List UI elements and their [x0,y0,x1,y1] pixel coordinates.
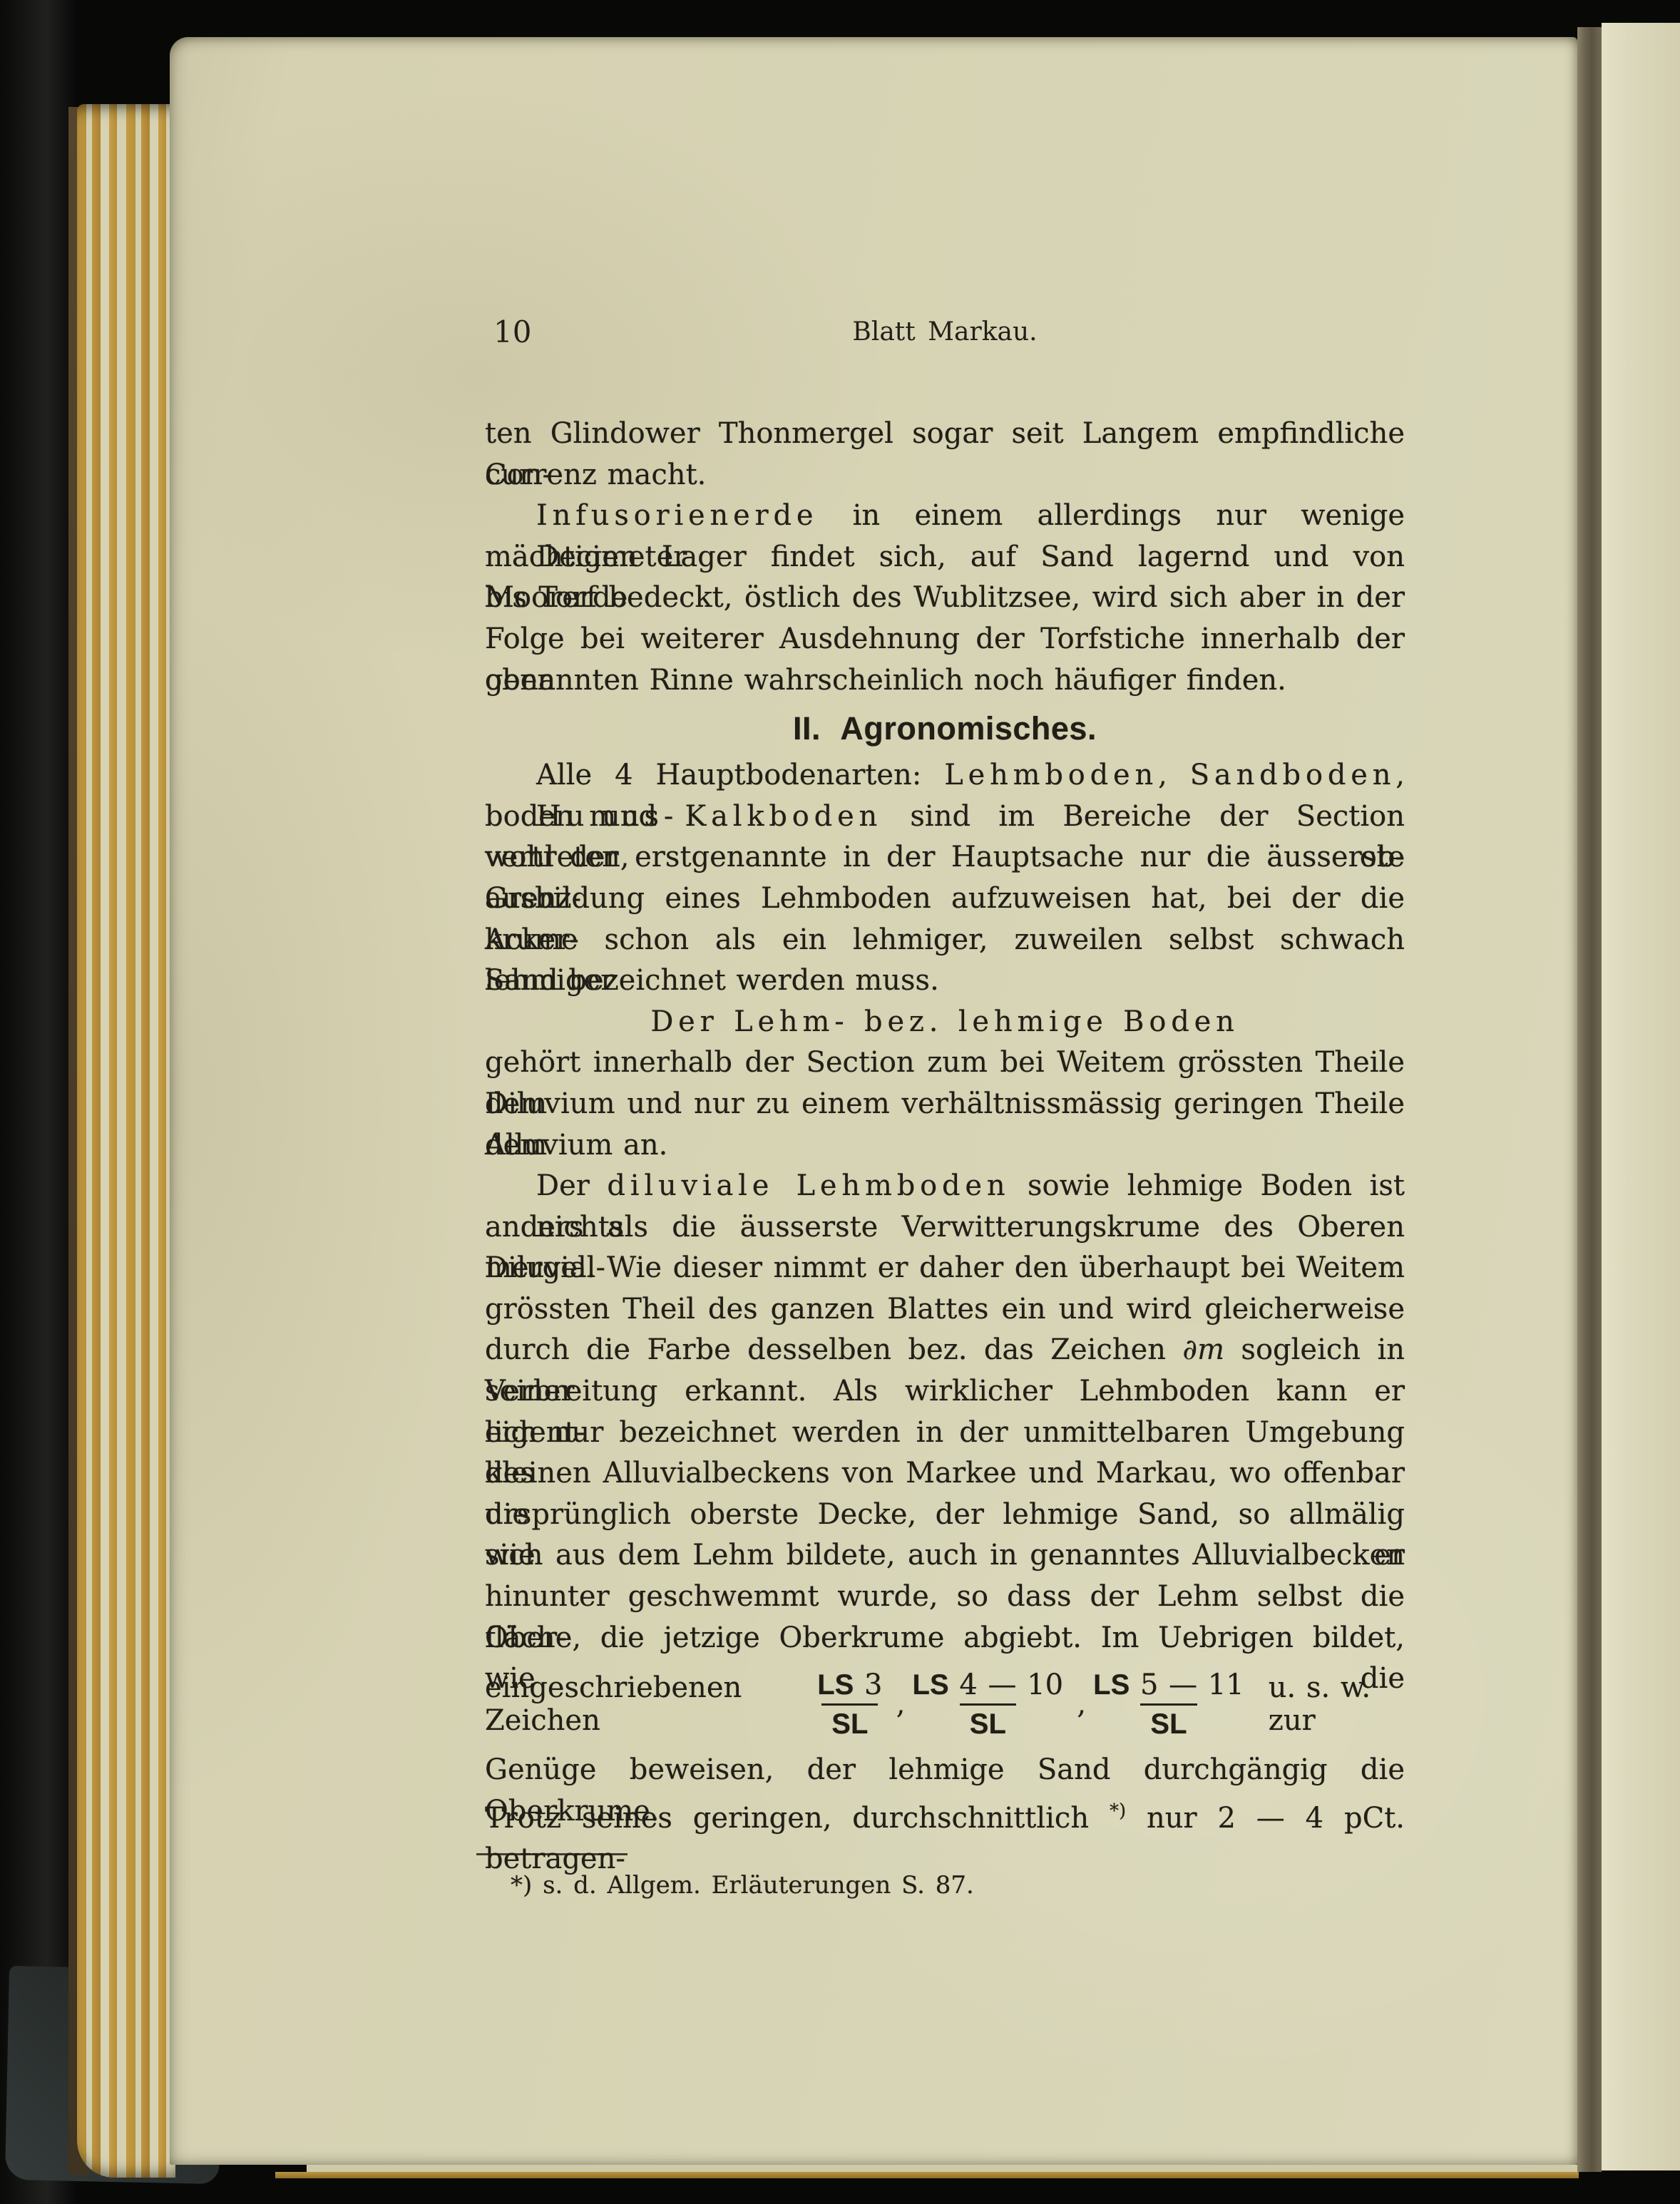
page-body: ten Glindower Thonmergel sogar seit Lang… [485,414,1405,1900]
text-line: genannten Rinne wahrscheinlich noch häuf… [485,660,1405,702]
text-line: Der Lehm- bez. lehmige Boden [485,1002,1405,1043]
text-line: currenz macht. [485,455,1405,496]
text-line: mächtigen Lager findet sich, auf Sand la… [485,537,1405,578]
fraction-numerator: LS 3 [811,1669,888,1703]
under-page-edge [307,2165,1579,2172]
fraction-numerator-symbol: LS [817,1669,854,1701]
text-line: Diluvium und nur zu einem verhältnissmäs… [485,1084,1405,1125]
text-line: Genüge beweisen, der lehmige Sand durchg… [485,1750,1405,1791]
page-header: 10 Blatt Markau. [485,314,1405,350]
soil-symbol-fraction: LS 3SL, [811,1669,888,1741]
text-segment: Trotz seines geringen, durchschnittlich [485,1802,1110,1835]
text-line: Alle 4 Hauptbodenarten: Lehmboden, Sandb… [485,755,1405,796]
text-line: ausbildung eines Lehmboden aufzuweisen h… [485,878,1405,920]
book-gutter-shadow [1577,27,1602,2172]
fraction-numerator-symbol: LS [1093,1669,1130,1701]
text-segment: currenz macht. [485,458,706,491]
text-line: boden und Kalkboden sind im Bereiche der… [485,796,1405,838]
text-line: ursprünglich oberste Decke, der lehmige … [485,1495,1405,1536]
text-segment: bis Torf bedeckt, östlich des Wublitzsee… [485,581,1405,614]
text-line: lich nur bezeichnet werden in der unmitt… [485,1413,1405,1454]
text-line: krume schon als ein lehmiger, zuweilen s… [485,920,1405,961]
text-line: mergel. Wie dieser nimmt er daher den üb… [485,1248,1405,1289]
text-segment: Alluvium an. [485,1129,667,1162]
text-segment: genannten Rinne wahrscheinlich noch häuf… [485,664,1286,697]
text-segment: ∂m [1182,1333,1224,1366]
book-page: 10 Blatt Markau. ten Glindower Thonmerge… [170,37,1577,2165]
text-segment: boden und [485,800,685,833]
text-line: hinunter geschwemmt wurde, so dass der L… [485,1577,1405,1618]
scanned-book-photo: 10 Blatt Markau. ten Glindower Thonmerge… [0,0,1680,2204]
text-segment: Sandboden [1190,759,1396,791]
fraction-numerator: LS 5 — 11 [1087,1669,1250,1703]
text-line: Der diluviale Lehmboden sowie lehmige Bo… [485,1166,1405,1207]
text-segment: Lehmboden [944,759,1158,791]
text-line: sich aus dem Lehm bildete, auch in genan… [485,1535,1405,1577]
text-line: Trotz seines geringen, durchschnittlich … [485,1791,1405,1833]
soil-symbol-fraction: LS 4 — 10SL, [907,1669,1070,1741]
body-lines: ten Glindower Thonmergel sogar seit Lang… [485,414,1405,1832]
text-segment: Infusorienerde [536,499,818,532]
text-segment: sich aus dem Lehm bildete, auch in genan… [485,1539,1405,1572]
running-header: Blatt Markau. [485,317,1405,347]
text-segment: Der Lehm- bez. lehmige Boden [650,1005,1239,1038]
book-spine [0,0,77,2204]
page-edge-stack [77,104,175,2178]
footnote: *) s. d. Allgem. Erläuterungen S. 87. [485,1871,1405,1900]
text-segment: *) [1110,1800,1126,1822]
text-segment: , [1158,759,1190,791]
text-line: bis Torf bedeckt, östlich des Wublitzsee… [485,578,1405,619]
text-segment: Sand bezeichnet werden muss. [485,964,939,997]
fraction-denominator: SL [1140,1703,1197,1741]
text-line: Infusorienerde in einem allerdings nur w… [485,496,1405,537]
fraction-denominator: SL [960,1703,1016,1741]
text-line: fläche, die jetzige Oberkrume abgiebt. I… [485,1618,1405,1659]
text-segment: Kalkboden [685,800,882,833]
text-line: Sand bezeichnet werden muss. [485,960,1405,1002]
text-line: Verbreitung erkannt. Als wirklicher Lehm… [485,1371,1405,1413]
fraction-numerator-symbol: LS [913,1669,949,1701]
fraction-line-before: eingeschriebenen Zeichen [485,1671,811,1737]
fraction-numerator: LS 4 — 10 [907,1669,1070,1703]
facing-page-edge [1602,23,1680,2170]
fraction-denominator: SL [821,1703,878,1741]
fraction-separator-comma: , [896,1688,906,1721]
text-segment: , [1395,759,1405,791]
text-line: anders als die äusserste Verwitterungskr… [485,1207,1405,1249]
text-line: Alluvium an. [485,1125,1405,1167]
text-line: kleinen Alluvialbeckens von Markee und M… [485,1453,1405,1495]
fraction-separator-comma: , [1077,1688,1086,1721]
text-line: wohl der erstgenannte in der Hauptsache … [485,837,1405,878]
text-segment: Alle 4 Hauptbodenarten: [536,759,944,791]
text-segment: diluviale Lehmboden [607,1169,1010,1202]
text-line: Folge bei weiterer Ausdehnung der Torfst… [485,619,1405,660]
under-page-gilt-edge [275,2172,1579,2178]
text-segment: Der [536,1169,607,1202]
footnote-marker: *) [511,1871,532,1900]
text-segment: durch die Farbe desselben bez. das Zeich… [485,1333,1182,1366]
section-heading: II. Agronomisches. [485,701,1405,755]
text-segment: mergel. Wie dieser nimmt er daher den üb… [485,1251,1405,1284]
text-line: grössten Theil des ganzen Blattes ein un… [485,1289,1405,1331]
footnote-text: s. d. Allgem. Erläuterungen S. 87. [543,1871,974,1900]
soil-symbol-fraction: LS 5 — 11SL [1087,1669,1250,1741]
text-line: gehört innerhalb der Section zum bei Wei… [485,1042,1405,1084]
text-line: durch die Farbe desselben bez. das Zeich… [485,1330,1405,1371]
fraction-line-after: u. s. w. zur [1269,1671,1405,1737]
text-line: ten Glindower Thonmergel sogar seit Lang… [485,414,1405,455]
text-segment: grössten Theil des ganzen Blattes ein un… [485,1293,1405,1326]
